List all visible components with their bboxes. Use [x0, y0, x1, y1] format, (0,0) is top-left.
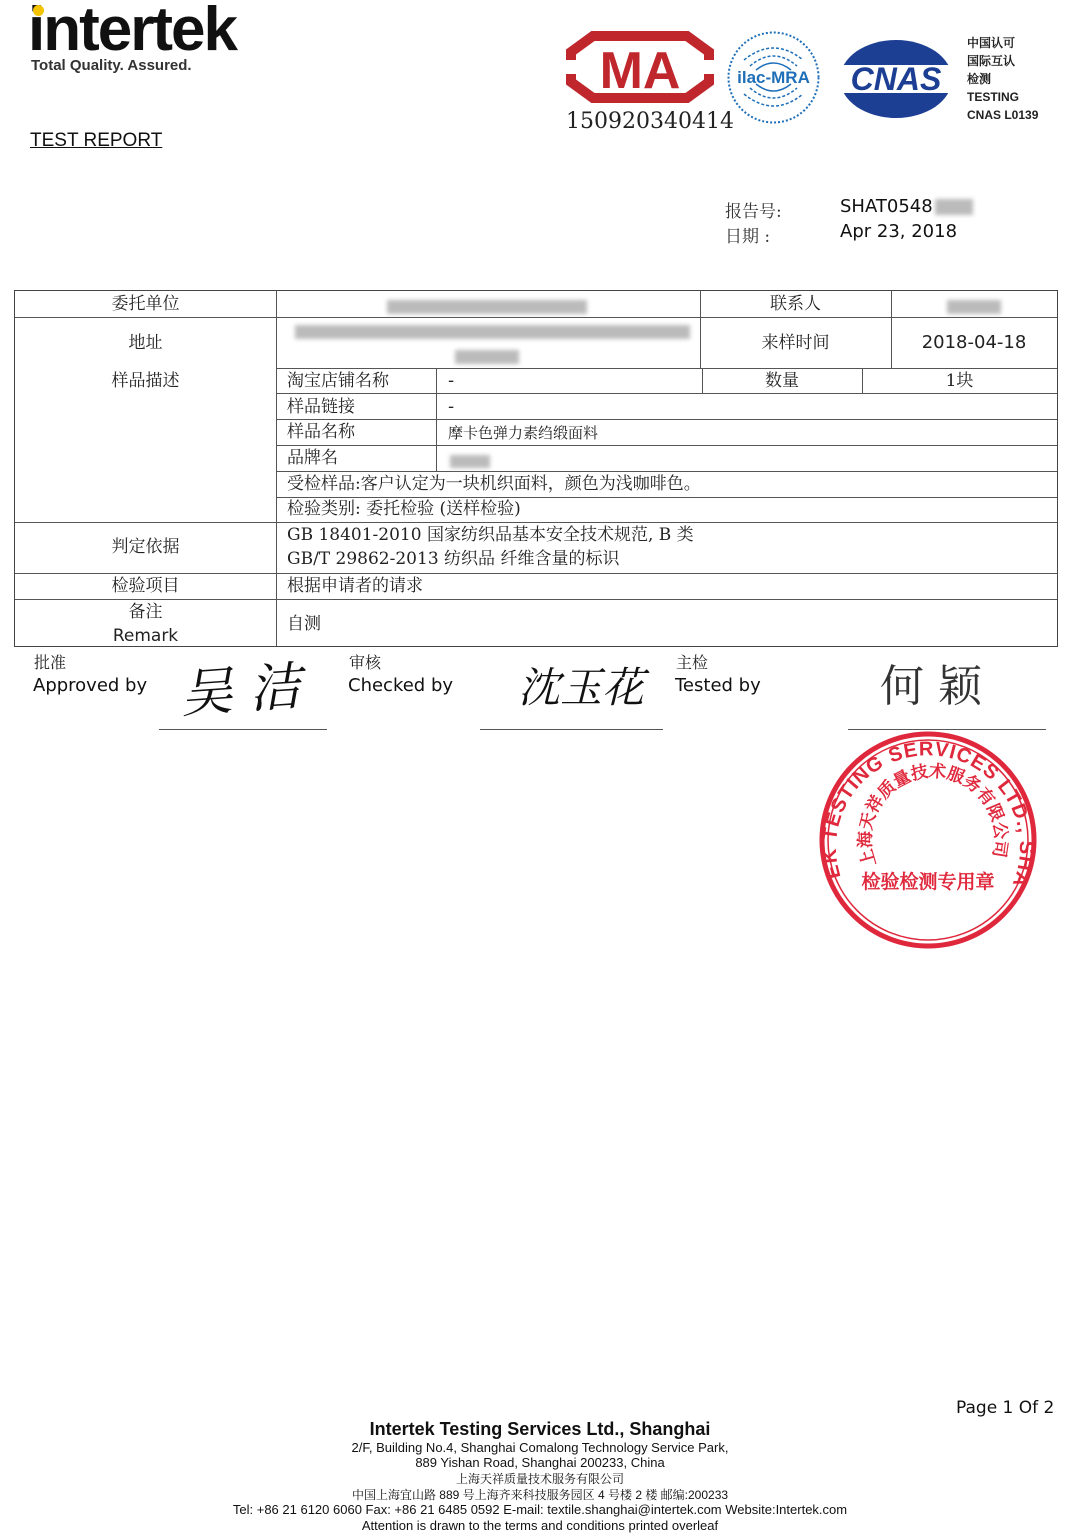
standard-1: GB 18401-2010 国家纺织品基本安全技术规范, B 类	[287, 525, 694, 545]
quantity-label: 数量	[702, 371, 862, 391]
intertek-logo: intertek	[28, 0, 236, 65]
date-value: Apr 23, 2018	[840, 221, 957, 242]
logo-dot-icon	[33, 5, 44, 16]
footer-address-2: 889 Yishan Road, Shanghai 200233, China	[0, 1455, 1080, 1470]
cnas-logo-icon: CNAS	[838, 38, 954, 120]
logo-tagline: Total Quality. Assured.	[31, 57, 192, 74]
cnas-line: TESTING	[967, 88, 1038, 106]
contact-label: 联系人	[700, 294, 891, 314]
svg-text:MA: MA	[600, 42, 681, 100]
shop-name-value: -	[448, 371, 454, 391]
checked-signature-line	[480, 729, 663, 730]
report-title: TEST REPORT	[30, 130, 162, 152]
test-items-value: 根据申请者的请求	[287, 576, 423, 596]
remark-value: 自测	[287, 614, 321, 634]
contact-value-redacted	[947, 297, 1001, 317]
report-number-label: 报告号:	[725, 197, 782, 222]
address-label: 地址	[15, 333, 276, 353]
sample-time-value: 2018-04-18	[891, 333, 1057, 353]
client-value-redacted	[387, 297, 587, 317]
test-category: 检验类别: 委托检验 (送样检验)	[287, 499, 521, 519]
sample-link-value: -	[448, 397, 454, 417]
svg-text:CNAS: CNAS	[851, 61, 942, 97]
checked-by-signature: 沈玉花	[518, 655, 644, 715]
shop-name-label: 淘宝店铺名称	[287, 371, 389, 391]
remark-label-en: Remark	[15, 626, 276, 646]
footer-company: Intertek Testing Services Ltd., Shanghai	[0, 1419, 1080, 1440]
sample-description-label: 样品描述	[15, 371, 276, 391]
page-indicator: Page 1 Of 2	[956, 1398, 1054, 1418]
footer-address-cn: 中国上海宜山路 889 号上海齐来科技服务园区 4 号楼 2 楼 邮编:2002…	[0, 1486, 1080, 1503]
tested-by-label-en: Tested by	[675, 675, 761, 696]
info-table: 委托单位 联系人 地址 来样时间 2018-04-18 样品描述 淘宝店铺名称 …	[14, 290, 1058, 647]
footer-contact-line: Tel: +86 21 6120 6060 Fax: +86 21 6485 0…	[0, 1502, 1080, 1517]
ilac-mra-logo-icon: ilac-MRA	[726, 30, 821, 125]
sample-received-note: 受检样品:客户认定为一块机织面料，颜色为浅咖啡色。	[287, 474, 701, 494]
sample-time-label: 来样时间	[700, 333, 891, 353]
cnas-line: 检测	[967, 70, 1038, 88]
brand-value-redacted	[450, 451, 490, 471]
cnas-caption: 中国认可 国际互认 检测 TESTING CNAS L0139	[967, 34, 1038, 124]
footer-address-1: 2/F, Building No.4, Shanghai Comalong Te…	[0, 1440, 1080, 1455]
address-value-redacted	[295, 322, 690, 342]
tested-by-signature: 何 颖	[880, 650, 982, 714]
test-items-label: 检验项目	[15, 576, 276, 596]
cnas-line: CNAS L0139	[967, 106, 1038, 124]
standard-2: GB/T 29862-2013 纺织品 纤维含量的标识	[287, 549, 619, 569]
sample-name-value: 摩卡色弹力素绉缎面料	[448, 423, 598, 443]
quantity-value: 1块	[862, 371, 1057, 391]
standard-label: 判定依据	[15, 537, 276, 557]
cnas-line: 国际互认	[967, 52, 1038, 70]
date-label: 日期 :	[725, 222, 770, 247]
approved-by-label-en: Approved by	[33, 675, 147, 696]
client-label: 委托单位	[15, 294, 276, 314]
approved-signature-line	[159, 729, 327, 730]
redacted-block	[935, 199, 973, 215]
svg-text:ilac-MRA: ilac-MRA	[737, 68, 810, 87]
footer-attention: Attention is drawn to the terms and cond…	[0, 1518, 1080, 1533]
sample-name-label: 样品名称	[287, 422, 355, 442]
company-seal-icon: INTERTEK TESTING SERVICES LTD., SHANGHAI…	[812, 730, 1044, 950]
remark-label-cn: 备注	[15, 602, 276, 622]
approved-by-label-cn: 批准	[34, 650, 66, 673]
checked-by-label-cn: 审核	[349, 650, 381, 673]
cma-number: 150920340414	[566, 109, 734, 134]
cma-logo-icon: MA	[565, 30, 715, 104]
sample-link-label: 样品链接	[287, 397, 355, 417]
tested-by-label-cn: 主检	[676, 650, 708, 673]
report-number-value: SHAT0548	[840, 196, 973, 217]
approved-by-signature: 吴 洁	[178, 644, 303, 727]
address-value-redacted-2	[455, 347, 519, 367]
brand-label: 品牌名	[287, 448, 338, 468]
report-number-text: SHAT0548	[840, 196, 933, 217]
footer-company-cn: 上海天祥质量技术服务有限公司	[0, 1470, 1080, 1487]
svg-text:检验检测专用章: 检验检测专用章	[861, 870, 994, 893]
cnas-line: 中国认可	[967, 34, 1038, 52]
checked-by-label-en: Checked by	[348, 675, 453, 696]
